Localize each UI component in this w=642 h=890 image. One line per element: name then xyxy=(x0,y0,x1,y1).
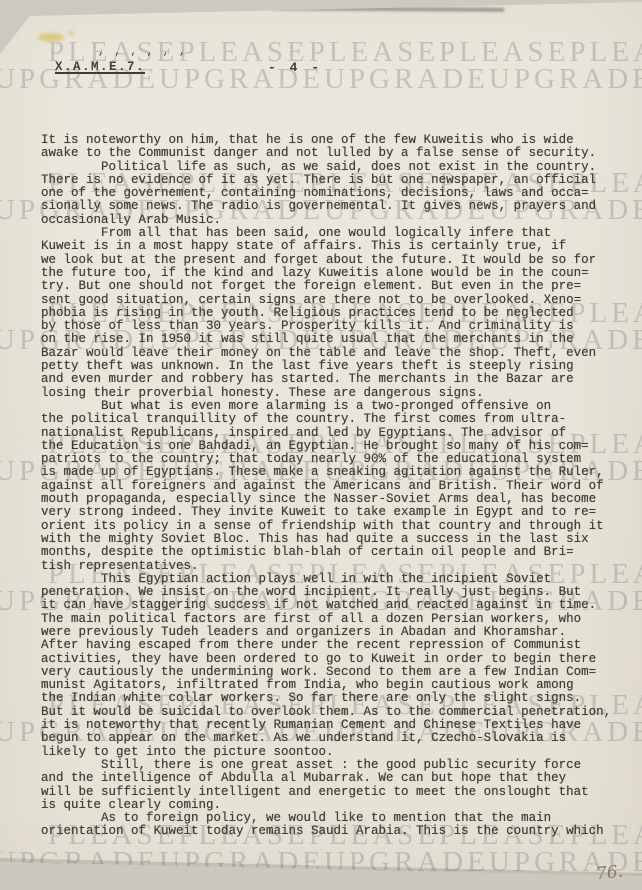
watermark-word: UPGRADE xyxy=(324,848,489,877)
document-reference: X.A.M.E.7. xyxy=(55,60,145,74)
scan-smudge xyxy=(272,6,504,12)
watermark-word: PLEASE xyxy=(309,38,439,67)
watermark-row-upgrade: UPGRADEUPGRADEUPGRADEUPGRADEUPGRADE xyxy=(0,848,642,877)
watermark-word: UPGRADE xyxy=(159,848,324,877)
page-number: - 4 - xyxy=(268,60,322,75)
watermark-word: UPGRADE xyxy=(0,848,159,877)
watermark-word: UPGRADE xyxy=(489,65,642,94)
handwritten-page-number: 76. xyxy=(595,862,624,885)
typed-marks: , , , , , , xyxy=(98,46,187,58)
watermark-word: PLEASE xyxy=(569,38,642,67)
paper-sheet: PLEASEPLEASEPLEASEPLEASEPLEASEUPGRADEUPG… xyxy=(0,0,642,890)
document-body: It is noteworthy on him, that he is one … xyxy=(41,134,611,839)
watermark-word: PLEASE xyxy=(439,38,569,67)
watermark-word: UPGRADE xyxy=(324,65,489,94)
yellow-stain xyxy=(38,33,64,42)
scanned-document-page: PLEASEPLEASEPLEASEPLEASEPLEASEUPGRADEUPG… xyxy=(0,0,642,890)
